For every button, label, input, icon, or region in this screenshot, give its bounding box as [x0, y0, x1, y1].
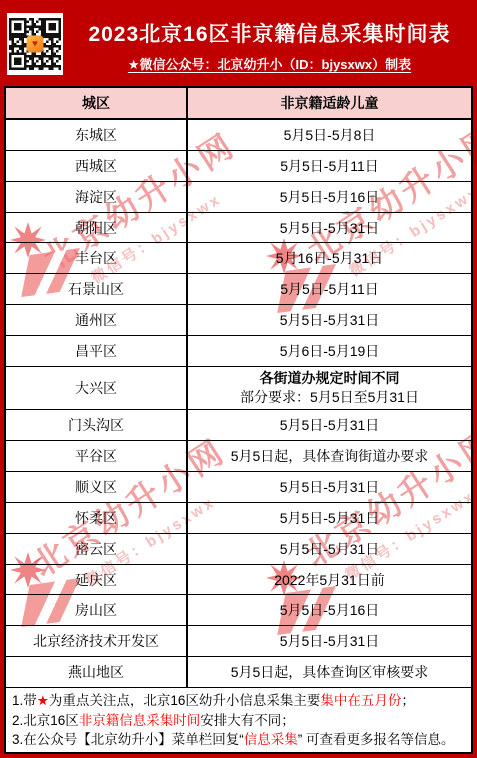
district-cell: 密云区	[6, 534, 188, 564]
district-cell: 石景山区	[6, 274, 188, 304]
table-row: 昌平区5月6日-5月19日	[6, 336, 471, 367]
note-text: ” 可查看更多报名等信息。	[298, 732, 455, 747]
note-line: 1.带★为重点关注点，北京16区幼升小信息采集主要集中在五月份；	[12, 691, 467, 711]
table-header-row: 城区 非京籍适龄儿童	[6, 88, 471, 120]
time-cell: 5月5日起，具体查询街道办要求	[188, 441, 471, 471]
table-row: 丰台区5月16日-5月31日	[6, 243, 471, 274]
district-cell: 平谷区	[6, 441, 188, 471]
note-text: 安排大有不同；	[200, 713, 295, 728]
table-row: 延庆区2022年5月31日前	[6, 565, 471, 596]
note-text: 1.带	[12, 693, 37, 708]
note-highlight: ★	[37, 693, 49, 708]
qr-center-logo: ♥	[27, 36, 44, 53]
note-highlight: 集中在五月份	[320, 693, 401, 708]
table-row: 朝阳区5月5日-5月31日	[6, 213, 471, 244]
district-cell: 丰台区	[6, 243, 188, 273]
table-row: 东城区5月5日-5月8日	[6, 120, 471, 151]
note-highlight: 信息采集	[244, 732, 298, 747]
table-row: 西城区5月5日-5月11日	[6, 151, 471, 182]
note-line: 3.在公众号【北京幼升小】菜单栏回复“信息采集” 可查看更多报名等信息。	[12, 730, 467, 750]
page-subtitle: ★微信公众号：北京幼升小（ID：bjysxwx）制表	[128, 54, 411, 73]
district-cell: 北京经济技术开发区	[6, 626, 188, 656]
district-cell: 延庆区	[6, 565, 188, 595]
table-row: 门头沟区5月5日-5月31日	[6, 410, 471, 441]
time-cell: 5月16日-5月31日	[188, 243, 471, 273]
district-cell: 顺义区	[6, 472, 188, 502]
district-cell: 海淀区	[6, 182, 188, 212]
time-cell: 5月5日起，具体查询区审核要求	[188, 657, 471, 687]
time-main-line: 各街道办规定时间不同	[260, 369, 400, 388]
footer-notes: 1.带★为重点关注点，北京16区幼升小信息采集主要集中在五月份；2.北京16区非…	[6, 688, 471, 752]
note-line: 2.北京16区非京籍信息采集时间安排大有不同；	[12, 711, 467, 731]
time-cell: 5月5日-5月16日	[188, 182, 471, 212]
note-text: 2.北京16区	[12, 713, 79, 728]
table-row: 海淀区5月5日-5月16日	[6, 182, 471, 213]
note-text: 为重点关注点，北京16区幼升小信息采集主要	[49, 693, 321, 708]
time-cell: 5月5日-5月31日	[188, 626, 471, 656]
table-row: 怀柔区5月5日-5月31日	[6, 503, 471, 534]
time-cell: 5月5日-5月8日	[188, 120, 471, 150]
time-cell: 5月5日-5月31日	[188, 534, 471, 564]
table-row: 石景山区5月5日-5月11日	[6, 274, 471, 305]
district-cell: 东城区	[6, 120, 188, 150]
time-cell: 各街道办规定时间不同部分要求：5月5日至5月31日	[188, 367, 471, 409]
note-text: 3.在公众号【北京幼升小】菜单栏回复“	[12, 732, 244, 747]
page-title: 2023北京16区非京籍信息采集时间表	[88, 18, 450, 48]
table-row: 平谷区5月5日起，具体查询街道办要求	[6, 441, 471, 472]
table-row: 大兴区各街道办规定时间不同部分要求：5月5日至5月31日	[6, 367, 471, 410]
district-cell: 昌平区	[6, 336, 188, 366]
info-poster: ♥ 2023北京16区非京籍信息采集时间表 ★微信公众号：北京幼升小（ID：bj…	[0, 0, 477, 758]
time-sub-line: 部分要求：5月5日至5月31日	[240, 388, 419, 407]
note-text: ；	[401, 693, 415, 708]
time-cell: 5月5日-5月31日	[188, 305, 471, 335]
table-row: 通州区5月5日-5月31日	[6, 305, 471, 336]
district-cell: 怀柔区	[6, 503, 188, 533]
time-cell: 2022年5月31日前	[188, 565, 471, 595]
time-cell: 5月5日-5月11日	[188, 274, 471, 304]
time-cell: 5月5日-5月31日	[188, 503, 471, 533]
table-row: 顺义区5月5日-5月31日	[6, 472, 471, 503]
column-header-children: 非京籍适龄儿童	[188, 88, 471, 118]
time-cell: 5月5日-5月31日	[188, 410, 471, 440]
district-cell: 大兴区	[6, 367, 188, 409]
table-body: 东城区5月5日-5月8日西城区5月5日-5月11日海淀区5月5日-5月16日朝阳…	[6, 120, 471, 688]
time-cell: 5月5日-5月11日	[188, 151, 471, 181]
district-cell: 西城区	[6, 151, 188, 181]
time-cell: 5月5日-5月31日	[188, 472, 471, 502]
district-cell: 燕山地区	[6, 657, 188, 687]
table-row: 房山区5月5日-5月16日	[6, 595, 471, 626]
column-header-district: 城区	[6, 88, 188, 118]
time-cell: 5月6日-5月19日	[188, 336, 471, 366]
time-cell: 5月5日-5月31日	[188, 213, 471, 243]
district-cell: 门头沟区	[6, 410, 188, 440]
table-row: 北京经济技术开发区5月5日-5月31日	[6, 626, 471, 657]
district-cell: 朝阳区	[6, 213, 188, 243]
table-row: 燕山地区5月5日起，具体查询区审核要求	[6, 657, 471, 688]
note-highlight: 非京籍信息采集时间	[79, 713, 201, 728]
header-text: 2023北京16区非京籍信息采集时间表 ★微信公众号：北京幼升小（ID：bjys…	[66, 4, 473, 86]
table-row: 密云区5月5日-5月31日	[6, 534, 471, 565]
header: ♥ 2023北京16区非京籍信息采集时间表 ★微信公众号：北京幼升小（ID：bj…	[4, 4, 473, 86]
district-cell: 通州区	[6, 305, 188, 335]
qr-code: ♥	[7, 13, 63, 75]
schedule-sheet: 城区 非京籍适龄儿童 东城区5月5日-5月8日西城区5月5日-5月11日海淀区5…	[4, 86, 473, 754]
district-cell: 房山区	[6, 595, 188, 625]
time-cell: 5月5日-5月16日	[188, 595, 471, 625]
